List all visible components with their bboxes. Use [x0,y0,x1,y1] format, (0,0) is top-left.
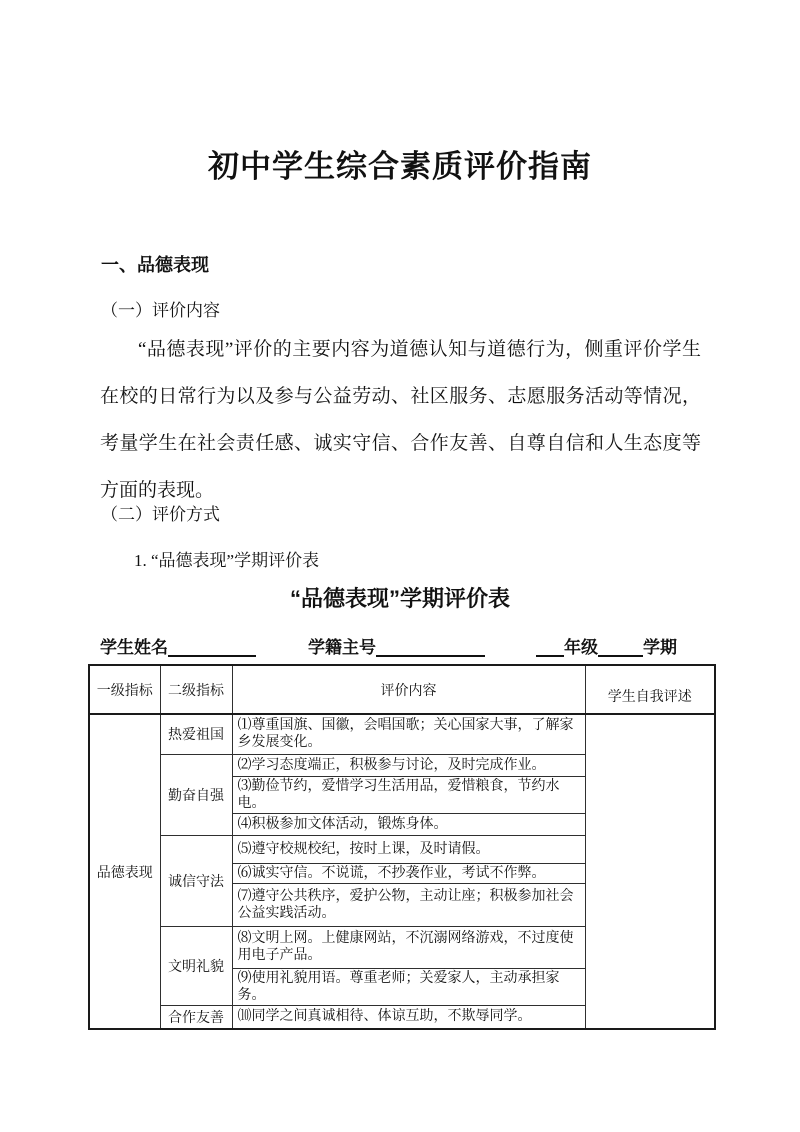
group-name-cell: 文明礼貌 [160,926,232,1005]
grade-blank [536,639,564,657]
form-table-title: “品德表现”学期评价表 [0,582,800,613]
criteria-cell: ⑵学习态度端正，积极参与讨论，及时完成作业。 [232,754,585,776]
group-name-cell: 勤奋自强 [160,754,232,835]
student-id-blank [376,639,485,657]
group-name-cell: 诚信守法 [160,835,232,926]
table-header-row: 一级指标 二级指标 评价内容 学生自我评述 [89,665,715,714]
document-page: 初中学生综合素质评价指南 一、品德表现 （一）评价内容 “品德表现”评价的主要内… [0,0,800,1132]
header-level2-indicator: 二级指标 [160,665,232,714]
criteria-cell: ⑽同学之间真诚相待、体谅互助，不欺辱同学。 [232,1005,585,1029]
term-label: 学期 [643,638,677,657]
self-review-cell [585,714,715,1029]
criteria-cell: ⑹诚实守信。不说谎，不抄袭作业，考试不作弊。 [232,863,585,883]
criteria-cell: ⑺遵守公共秩序，爱护公物，主动让座；积极参加社会公益实践活动。 [232,883,585,926]
student-id-label: 学籍主号 [308,638,376,657]
criteria-cell: ⑶勤俭节约，爱惜学习生活用品，爱惜粮食，节约水电。 [232,776,585,813]
section-heading: 一、品德表现 [101,251,209,277]
document-title: 初中学生综合素质评价指南 [0,141,800,186]
form-fields-line: 学生姓名学籍主号年级学期 [100,633,702,655]
table-row: 品德表现 热爱祖国 ⑴尊重国旗、国徽，会唱国歌；关心国家大事，了解家乡发展变化。 [89,714,715,754]
level1-indicator-cell: 品德表现 [89,714,160,1029]
student-name-blank [168,639,256,657]
subsection1-heading: （一）评价内容 [101,296,220,321]
group-name-cell: 热爱祖国 [160,714,232,754]
subsection2-heading: （二）评价方式 [101,500,220,525]
criteria-cell: ⑻文明上网。上健康网站，不沉溺网络游戏，不过度使用电子产品。 [232,926,585,968]
criteria-cell: ⑼使用礼貌用语。尊重老师；关爱家人，主动承担家务。 [232,968,585,1005]
criteria-cell: ⑸遵守校规校纪，按时上课，及时请假。 [232,835,585,863]
evaluation-content-paragraph: “品德表现”评价的主要内容为道德认知与道德行为，侧重评价学生在校的日常行为以及参… [100,326,701,514]
header-evaluation-content: 评价内容 [232,665,585,714]
student-name-label: 学生姓名 [100,638,168,657]
list-item-1: 1. “品德表现”学期评价表 [134,546,319,571]
term-blank [598,639,643,657]
header-self-review: 学生自我评述 [585,665,715,714]
criteria-cell: ⑷积极参加文体活动，锻炼身体。 [232,813,585,835]
header-level1-indicator: 一级指标 [89,665,160,714]
evaluation-table: 一级指标 二级指标 评价内容 学生自我评述 品德表现 热爱祖国 ⑴尊重国旗、国徽… [88,664,716,1030]
group-name-cell: 合作友善 [160,1005,232,1029]
criteria-cell: ⑴尊重国旗、国徽，会唱国歌；关心国家大事，了解家乡发展变化。 [232,714,585,754]
grade-label: 年级 [564,638,598,657]
